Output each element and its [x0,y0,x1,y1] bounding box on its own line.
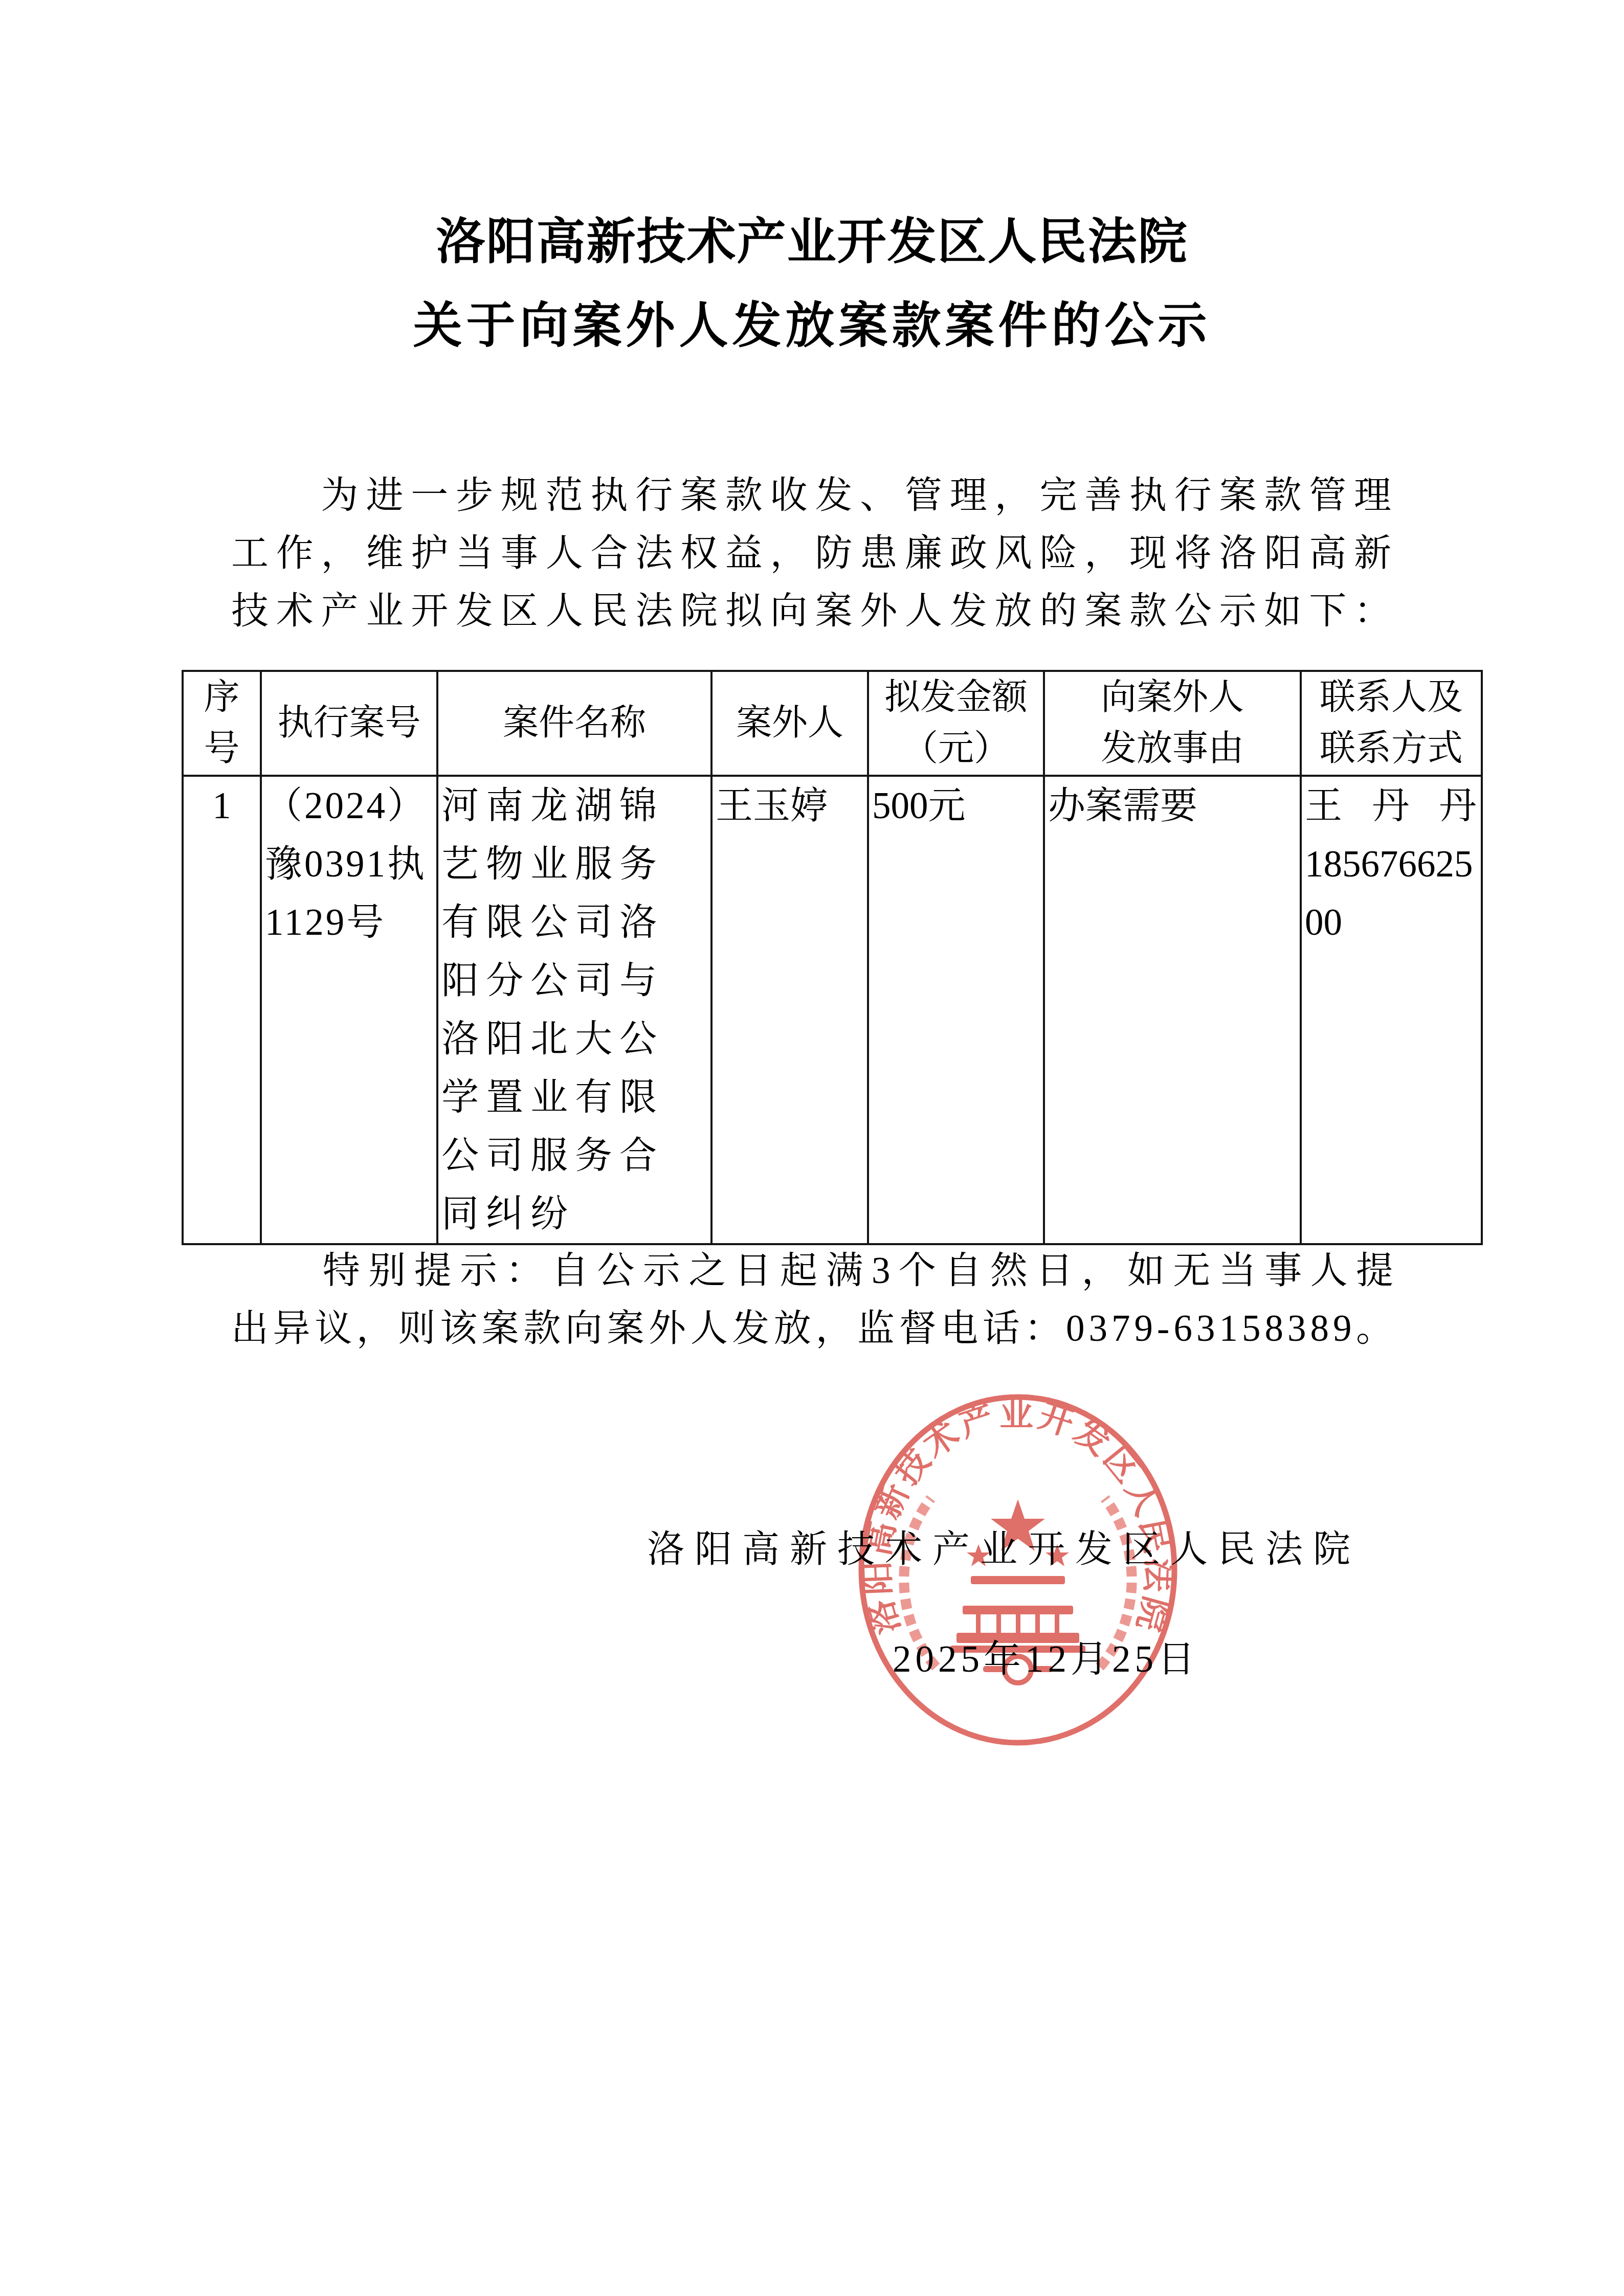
header-case-no: 执行案号 [261,671,437,776]
contact-name: 王 丹 丹 [1305,777,1478,835]
official-seal: 洛阳高新技术产业开发区人民法院 [854,1391,1182,1749]
header-amount: 拟发金额 （元） [868,671,1044,776]
cell-reason: 办案需要 [1044,776,1301,1244]
cell-seq: 1 [183,776,261,1244]
intro-paragraph: 为进一步规范执行案款收发、管理，完善执行案款管理 工作，维护当事人合法权益，防患… [231,466,1397,640]
cell-contact: 王 丹 丹 18567662500 [1301,776,1482,1244]
intro-line-1: 为进一步规范执行案款收发、管理，完善执行案款管理 [231,466,1397,524]
signature-court-name: 洛阳高新技术产业开发区人民法院 [647,1529,1361,1570]
contact-phone: 18567662500 [1305,835,1478,952]
intro-line-2: 工作，维护当事人合法权益，防患廉政风险，现将洛阳高新 [231,524,1397,582]
notice-line-2: 出异议，则该案款向案外人发放，监督电话：0379-63158389。 [231,1299,1397,1357]
signature-date: 2025年12月25日 [893,1639,1199,1680]
doc-title-line2: 关于向案外人发放案款案件的公示 [0,298,1624,354]
cell-case-name: 河南龙湖锦艺物业服务有限公司洛阳分公司与洛阳北大公学置业有限公司服务合同纠纷 [437,776,711,1244]
notice-paragraph: 特别提示：自公示之日起满3个自然日，如无当事人提 出异议，则该案款向案外人发放，… [231,1242,1397,1357]
court-notice-document: 洛阳高新技术产业开发区人民法院 关于向案外人发放案款案件的公示 为进一步规范执行… [0,0,1624,2296]
cell-outsider: 王玉婷 [711,776,868,1244]
header-seq: 序号 [183,671,261,776]
cell-case-no: （2024）豫0391执1129号 [261,776,437,1244]
case-fund-table-wrap: 序号 执行案号 案件名称 案外人 拟发金额 （元） 向案外人 发放事由 联系人及… [182,670,1481,1245]
header-case-name: 案件名称 [437,671,711,776]
table-row: 1 （2024）豫0391执1129号 河南龙湖锦艺物业服务有限公司洛阳分公司与… [183,776,1482,1244]
intro-line-3: 技术产业开发区人民法院拟向案外人发放的案款公示如下： [231,582,1397,640]
table-header-row: 序号 执行案号 案件名称 案外人 拟发金额 （元） 向案外人 发放事由 联系人及… [183,671,1482,776]
doc-title-line1: 洛阳高新技术产业开发区人民法院 [0,214,1624,270]
cell-amount: 500元 [868,776,1044,1244]
notice-line-1: 特别提示：自公示之日起满3个自然日，如无当事人提 [231,1242,1397,1299]
header-contact: 联系人及 联系方式 [1301,671,1482,776]
header-reason: 向案外人 发放事由 [1044,671,1301,776]
case-fund-table: 序号 执行案号 案件名称 案外人 拟发金额 （元） 向案外人 发放事由 联系人及… [182,670,1483,1245]
header-outsider: 案外人 [711,671,868,776]
